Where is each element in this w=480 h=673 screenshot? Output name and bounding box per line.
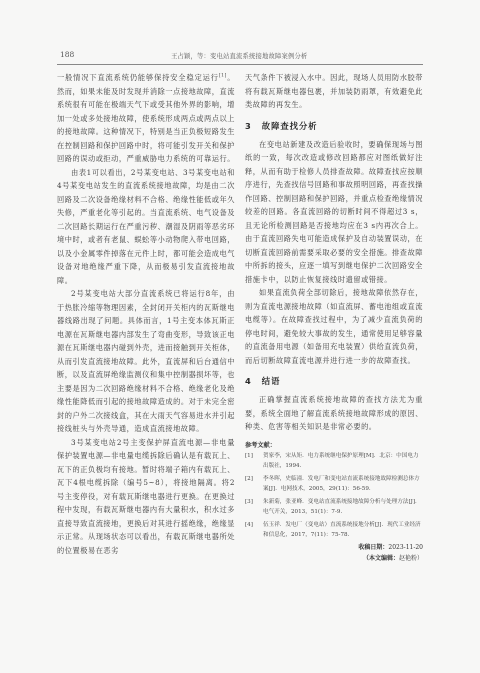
editor-close: ） <box>417 555 423 562</box>
paragraph: 2号某变电站大部分直流系统已将运行8年，由于热胀冷缩等物理因素，全封闭开关柜内的… <box>57 287 235 436</box>
received-date: 收稿日期：2023-11-20 <box>245 543 423 553</box>
editor-name: 赵艳粉 <box>399 555 417 562</box>
reference-item: [2]李冬晖，史临潼．发电厂和变电站直流系统接地故障检测总体方案[J]．电网技术… <box>245 474 423 495</box>
section-number: 4 <box>245 376 252 386</box>
reference-text: 伍玉祥．发电厂（变电站）直流系统接地分析[J]．现代工业经济和信息化，2017，… <box>263 520 423 541</box>
paragraph-text: 。然而，如果未能及时发现并消除一点接地故障，直流系统很有可能在极端天气下或受其他… <box>57 73 235 163</box>
reference-item: [4]伍玉祥．发电厂（变电站）直流系统接地分析[J]．现代工业经济和信息化，20… <box>245 520 423 541</box>
paragraph: 如果直流负荷全部切除后，接地故障依然存在，则为直流电源接地故障（如直流屏、蓄电池… <box>245 286 423 367</box>
received-label: 收稿日期： <box>358 544 388 551</box>
page-number: 188 <box>60 50 74 59</box>
reference-text: 朱新菊，张亚峰．变电站直流系统接地故障分析与处理方法[J]．电气开关，2013，… <box>263 497 423 518</box>
paragraph: 一般情况下直流系统仍能够保持安全稳定运行[1]。然而，如果未能及时发现并消除一点… <box>57 71 235 166</box>
paragraph-text: 一般情况下直流系统仍能够保持安全稳定运行 <box>57 73 219 82</box>
reference-item: [1]贺家李，宋从矩．电力系统继电保护原理[M]．北京：中国电力出版社，1994… <box>245 451 423 472</box>
reference-index: [2] <box>245 474 263 495</box>
paragraph: 正确掌握直流系统接地故障的查找方法尤为重要，系统全面地了解直流系统接地故障形成的… <box>245 393 423 434</box>
two-column-body: 一般情况下直流系统仍能够保持安全稳定运行[1]。然而，如果未能及时发现并消除一点… <box>57 71 423 564</box>
reference-item: [3]朱新菊，张亚峰．变电站直流系统接地故障分析与处理方法[J]．电气开关，20… <box>245 497 423 518</box>
citation-ref[interactable]: [1] <box>219 74 227 79</box>
section-number: 3 <box>245 121 252 131</box>
journal-page: 188 王占颖，等：变电站直流系统接地故障案例分析 一般情况下直流系统仍能够保持… <box>57 48 423 564</box>
editor-label: （本文编辑： <box>363 555 399 562</box>
right-column: 天气条件下被浸入水中。因此，现场人员用防水胶带将有载瓦斯继电器包裹，并加装防雨罩… <box>245 71 423 564</box>
received-date-value: 2023-11-20 <box>388 544 423 551</box>
page-header: 188 王占颖，等：变电站直流系统接地故障案例分析 <box>57 48 423 65</box>
reference-index: [1] <box>245 451 263 472</box>
reference-index: [3] <box>245 497 263 518</box>
paragraph: 由表1可以看出，2号某变电站、3号某变电站和4号某变电站发生的直流系统接地故障，… <box>57 166 235 288</box>
paragraph: 在变电站新建及改造后验收时，要确保现场与图纸的一致，每次改造或修改回路都应对图纸… <box>245 138 423 287</box>
section-heading-3: 3故障查找分析 <box>245 120 423 132</box>
editor-note: （本文编辑：赵艳粉） <box>245 553 423 564</box>
paragraph-continuation: 天气条件下被浸入水中。因此，现场人员用防水胶带将有载瓦斯继电器包裹，并加装防雨罩… <box>245 71 423 112</box>
section-title: 故障查找分析 <box>262 121 318 131</box>
reference-text: 李冬晖，史临潼．发电厂和变电站直流系统接地故障检测总体方案[J]．电网技术，20… <box>263 474 423 495</box>
reference-text: 贺家李，宋从矩．电力系统继电保护原理[M]．北京：中国电力出版社，1994. <box>263 451 423 472</box>
section-heading-4: 4结语 <box>245 375 423 387</box>
section-title: 结语 <box>262 376 281 386</box>
reference-index: [4] <box>245 520 263 541</box>
references-title: 参考文献： <box>245 440 423 449</box>
paragraph: 3号某变电站2号主变保护屏直流电源—非电量保护装置电源—非电量电缆拆除后确认是有… <box>57 436 235 558</box>
running-title: 王占颖，等：变电站直流系统接地故障案例分析 <box>171 51 307 60</box>
left-column: 一般情况下直流系统仍能够保持安全稳定运行[1]。然而，如果未能及时发现并消除一点… <box>57 71 235 564</box>
